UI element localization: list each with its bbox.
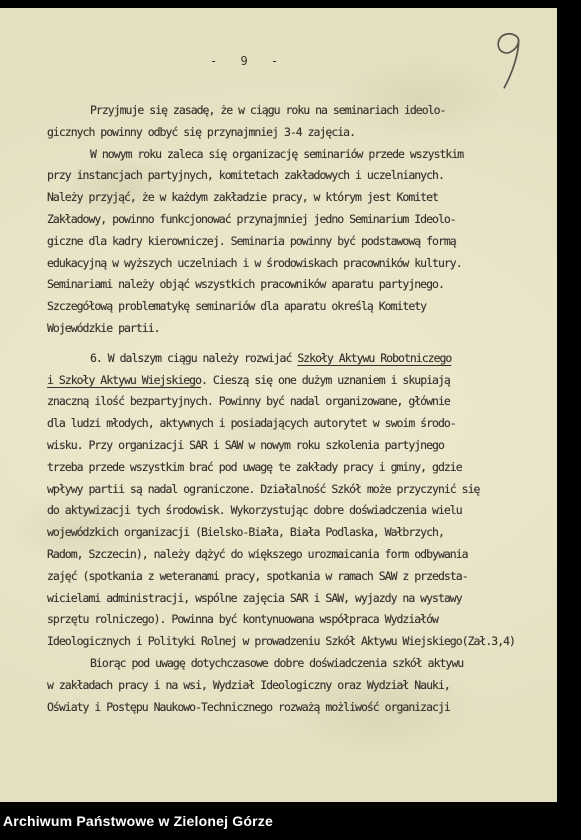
typed-line: giczne dla kadry kierowniczej. Seminaria… — [47, 231, 547, 253]
typed-text: Oświaty i Postępu Naukowo-Technicznego r… — [47, 700, 450, 714]
typed-line: wpływy partii są nadal ograniczone. Dzia… — [47, 479, 547, 501]
typed-text: trzeba przede wszystkim brać pod uwagę t… — [47, 460, 462, 474]
typed-line: przy instancjach partyjnych, komitetach … — [47, 165, 547, 187]
typed-line: dla ludzi młodych, aktywnych i posiadają… — [47, 413, 547, 435]
typed-text: Należy przyjąć, że w każdym zakładzie pr… — [47, 190, 438, 204]
typed-line: Wojewódzkie partii. — [47, 318, 547, 340]
typed-line: Radom, Szczecin), należy dążyć do większ… — [47, 544, 547, 566]
typed-text: wisku. Przy organizacji SAR i SAW w nowy… — [47, 438, 444, 452]
typed-line: gicznych powinny odbyć się przynajmniej … — [47, 122, 547, 144]
typed-line: i Szkoły Aktywu Wiejskiego. Cieszą się o… — [47, 370, 547, 392]
typed-line: zajęć (spotkania z weteranami pracy, spo… — [47, 566, 547, 588]
typed-text: Radom, Szczecin), należy dążyć do większ… — [47, 547, 468, 561]
pencil-digit-icon — [490, 29, 528, 93]
typed-line: do aktywizacji tych środowisk. Wykorzyst… — [47, 500, 547, 522]
typed-text: Seminariami należy objąć wszystkich prac… — [47, 277, 444, 291]
typed-text: edukacyjną w wyższych uczelniach i w śro… — [47, 256, 462, 270]
underlined-text: i Szkoły Aktywu Wiejskiego — [47, 373, 201, 387]
typed-text: zajęć (spotkania z weteranami pracy, spo… — [47, 569, 468, 583]
typed-line: Szczegółową problematykę seminariów dla … — [47, 296, 547, 318]
typed-line: Biorąc pod uwagę dotychczasowe dobre doś… — [47, 653, 547, 675]
page-number: - 9 - — [210, 54, 286, 68]
typed-text: wojewódzkich organizacji (Bielsko-Biała,… — [47, 525, 444, 539]
typed-text: dla ludzi młodych, aktywnych i posiadają… — [47, 416, 456, 430]
typed-text: w zakładach pracy i na wsi, Wydział Ideo… — [47, 678, 450, 692]
typed-text: 6. W dalszym ciągu należy rozwijać — [90, 351, 297, 365]
typed-line: wicielami administracji, wspólne zajęcia… — [47, 588, 547, 610]
typed-text: Wojewódzkie partii. — [47, 321, 160, 335]
typed-line: 6. W dalszym ciągu należy rozwijać Szkoł… — [47, 348, 547, 370]
typed-line: wojewódzkich organizacji (Bielsko-Biała,… — [47, 522, 547, 544]
typed-text: Przyjmuje się zasadę, że w ciągu roku na… — [90, 103, 445, 117]
typed-line: Seminariami należy objąć wszystkich prac… — [47, 274, 547, 296]
archive-footer: Archiwum Państwowe w Zielonej Górze — [0, 802, 581, 840]
typed-text: gicznych powinny odbyć się przynajmniej … — [47, 125, 355, 139]
typed-line: Ideologicznych i Polityki Rolnej w prowa… — [47, 631, 547, 653]
underlined-text: Szkoły Aktywu Robotniczego — [297, 351, 451, 365]
typed-text-block: Przyjmuje się zasadę, że w ciągu roku na… — [47, 100, 547, 718]
typed-line: edukacyjną w wyższych uczelniach i w śro… — [47, 253, 547, 275]
typed-text: Zakładowy, powinno funkcjonować przynajm… — [47, 212, 456, 226]
paper-sheet: - 9 - Przyjmuje się zasadę, że w ciągu r… — [0, 8, 557, 802]
typed-text: Ideologicznych i Polityki Rolnej w prowa… — [47, 634, 515, 648]
typed-text: . Cieszą się one dużym uznaniem i skupia… — [201, 373, 450, 387]
typed-line: wisku. Przy organizacji SAR i SAW w nowy… — [47, 435, 547, 457]
typed-text: giczne dla kadry kierowniczej. Seminaria… — [47, 234, 456, 248]
typed-line: w zakładach pracy i na wsi, Wydział Ideo… — [47, 675, 547, 697]
typed-text: Szczegółową problematykę seminariów dla … — [47, 299, 426, 313]
typed-text: do aktywizacji tych środowisk. Wykorzyst… — [47, 503, 462, 517]
typed-text: przy instancjach partyjnych, komitetach … — [47, 168, 444, 182]
typed-line: sprzętu rolniczego). Powinna być kontynu… — [47, 609, 547, 631]
typed-line: Należy przyjąć, że w każdym zakładzie pr… — [47, 187, 547, 209]
typed-line: trzeba przede wszystkim brać pod uwagę t… — [47, 457, 547, 479]
typed-text: znaczną ilość bezpartyjnych. Powinny być… — [47, 394, 450, 408]
typed-text: sprzętu rolniczego). Powinna być kontynu… — [47, 612, 438, 626]
archive-footer-label: Archiwum Państwowe w Zielonej Górze — [0, 813, 273, 829]
typed-line: Oświaty i Postępu Naukowo-Technicznego r… — [47, 697, 547, 719]
typed-line: W nowym roku zaleca się organizację semi… — [47, 144, 547, 166]
typed-text: W nowym roku zaleca się organizację semi… — [90, 147, 463, 161]
handwritten-page-number — [490, 29, 529, 97]
typed-text: wpływy partii są nadal ograniczone. Dzia… — [47, 482, 479, 496]
typed-line: Przyjmuje się zasadę, że w ciągu roku na… — [47, 100, 547, 122]
typed-text: Biorąc pod uwagę dotychczasowe dobre doś… — [90, 656, 463, 670]
typed-line: znaczną ilość bezpartyjnych. Powinny być… — [47, 391, 547, 413]
typed-line: Zakładowy, powinno funkcjonować przynajm… — [47, 209, 547, 231]
typed-text: wicielami administracji, wspólne zajęcia… — [47, 591, 462, 605]
